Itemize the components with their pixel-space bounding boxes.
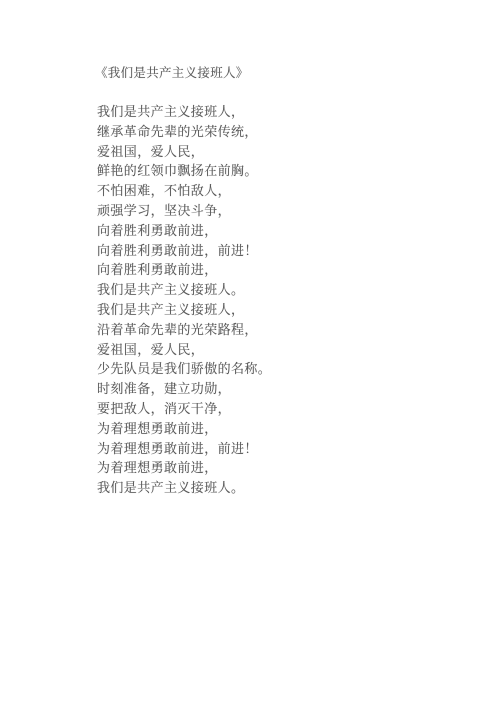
poem-line: 我们是共产主义接班人。 [97, 479, 271, 499]
poem-line: 顽强学习，坚决斗争， [97, 202, 271, 222]
poem-line: 我们是共产主义接班人。 [97, 281, 271, 301]
poem-line: 向着胜利勇敢前进， [97, 222, 271, 242]
poem-line: 向着胜利勇敢前进， [97, 261, 271, 281]
poem-line: 我们是共产主义接班人， [97, 103, 271, 123]
poem-line: 向着胜利勇敢前进，前进！ [97, 242, 271, 262]
poem-line: 少先队员是我们骄傲的名称。 [97, 360, 271, 380]
poem-line: 为着理想勇敢前进， [97, 420, 271, 440]
poem-line: 爱祖国，爱人民， [97, 143, 271, 163]
poem-line: 继承革命先辈的光荣传统， [97, 123, 271, 143]
poem-line: 不怕困难，不怕敌人， [97, 182, 271, 202]
poem-line: 沿着革命先辈的光荣路程， [97, 321, 271, 341]
poem-title: 《我们是共产主义接班人》 [95, 63, 249, 81]
poem-line: 要把敌人，消灭干净， [97, 400, 271, 420]
poem-body: 我们是共产主义接班人， 继承革命先辈的光荣传统， 爱祖国，爱人民， 鲜艳的红领巾… [97, 103, 271, 499]
document-page: { "page": { "background_color": "#ffffff… [0, 0, 500, 707]
poem-line: 我们是共产主义接班人， [97, 301, 271, 321]
poem-line: 时刻准备，建立功勋， [97, 380, 271, 400]
poem-line: 为着理想勇敢前进，前进！ [97, 440, 271, 460]
poem-line: 为着理想勇敢前进， [97, 459, 271, 479]
poem-document: 《我们是共产主义接班人》 我们是共产主义接班人， 继承革命先辈的光荣传统， 爱祖… [0, 0, 500, 707]
poem-line: 爱祖国，爱人民， [97, 341, 271, 361]
poem-line: 鲜艳的红领巾飘扬在前胸。 [97, 162, 271, 182]
